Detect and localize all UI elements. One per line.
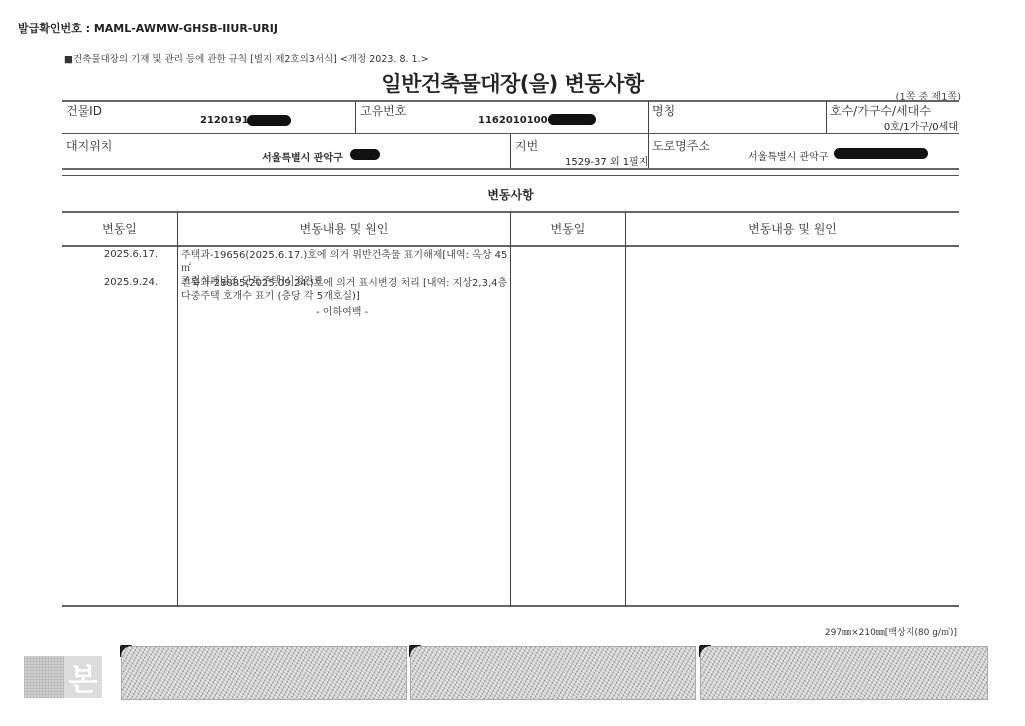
units-value: 0호/1가구/0세대 xyxy=(884,118,958,133)
redaction-mark xyxy=(834,148,928,159)
security-barcode xyxy=(410,646,696,700)
name-label: 명칭 xyxy=(652,102,675,119)
info-col-divider xyxy=(510,134,511,168)
change-entry-line: 건축과-28885(2025.09.24.)호에 의거 표시변경 처리 [내역:… xyxy=(181,277,511,290)
watermark-char: 본 xyxy=(64,656,102,698)
changes-section-title: 변동사항 xyxy=(62,186,959,203)
info-col-divider xyxy=(826,101,827,133)
change-entry-line: 다중주택 호개수 표기 (층당 각 5개호실)] xyxy=(181,290,511,303)
section-separator xyxy=(62,175,959,176)
paper-size-note: 297㎜×210㎜[백상지(80 g/㎡)] xyxy=(825,625,957,638)
changes-col-divider xyxy=(177,212,178,606)
road-address-label: 도로명주소 xyxy=(652,137,710,154)
barcode-corner-mark-icon xyxy=(409,645,423,659)
barcode-corner-mark-icon xyxy=(120,645,134,659)
column-header-change-content: 변동내용 및 원인 xyxy=(626,220,959,237)
units-label: 호수/가구수/세대수 xyxy=(830,102,931,119)
unique-number-value: 1162010100- xyxy=(478,115,552,126)
unique-number-label: 고유번호 xyxy=(360,102,406,119)
change-entry-line: 주택과-19656(2025.6.17.)호에 의거 위반건축물 표기해제[내역… xyxy=(181,249,511,275)
rule-reference: ■건축물대장의 기재 및 관리 등에 관한 규칙 [별지 제2호의3서식] <개… xyxy=(64,51,429,65)
info-table-top-border xyxy=(62,100,959,102)
lot-number-value: 1529-37 외 1필지 xyxy=(565,153,648,168)
security-barcode xyxy=(700,646,988,700)
column-header-change-content: 변동내용 및 원인 xyxy=(178,220,510,237)
lot-number-label: 지번 xyxy=(515,137,538,154)
changes-col-divider xyxy=(625,212,626,606)
redaction-mark xyxy=(548,114,596,125)
info-table-bottom-border xyxy=(62,168,959,170)
site-location-label: 대지위치 xyxy=(66,137,112,154)
change-entry-content: 건축과-28885(2025.09.24.)호에 의거 표시변경 처리 [내역:… xyxy=(181,277,511,303)
redaction-mark xyxy=(247,115,291,126)
column-header-change-date: 변동일 xyxy=(511,220,625,237)
original-watermark: 본 xyxy=(24,656,102,698)
road-address-value: 서울특별시 관악구 xyxy=(748,148,828,163)
watermark-grid-pattern xyxy=(24,656,64,698)
redaction-mark xyxy=(350,149,380,160)
end-of-content-mark: - 이하여백 - xyxy=(316,303,368,318)
issue-confirmation-number: 발급확인번호 : MAML-AWMW-GHSB-IIUR-URIJ xyxy=(18,20,278,36)
column-header-change-date: 변동일 xyxy=(62,220,177,237)
document-title: 일반건축물대장(을) 변동사항 xyxy=(0,68,1025,98)
barcode-corner-mark-icon xyxy=(699,645,713,659)
change-entry-date: 2025.9.24. xyxy=(58,277,158,288)
site-location-value: 서울특별시 관악구 xyxy=(262,149,343,164)
info-col-divider xyxy=(355,101,356,133)
change-entry-date: 2025.6.17. xyxy=(58,249,158,260)
security-barcode xyxy=(121,646,407,700)
building-id-label: 건물ID xyxy=(66,102,102,119)
